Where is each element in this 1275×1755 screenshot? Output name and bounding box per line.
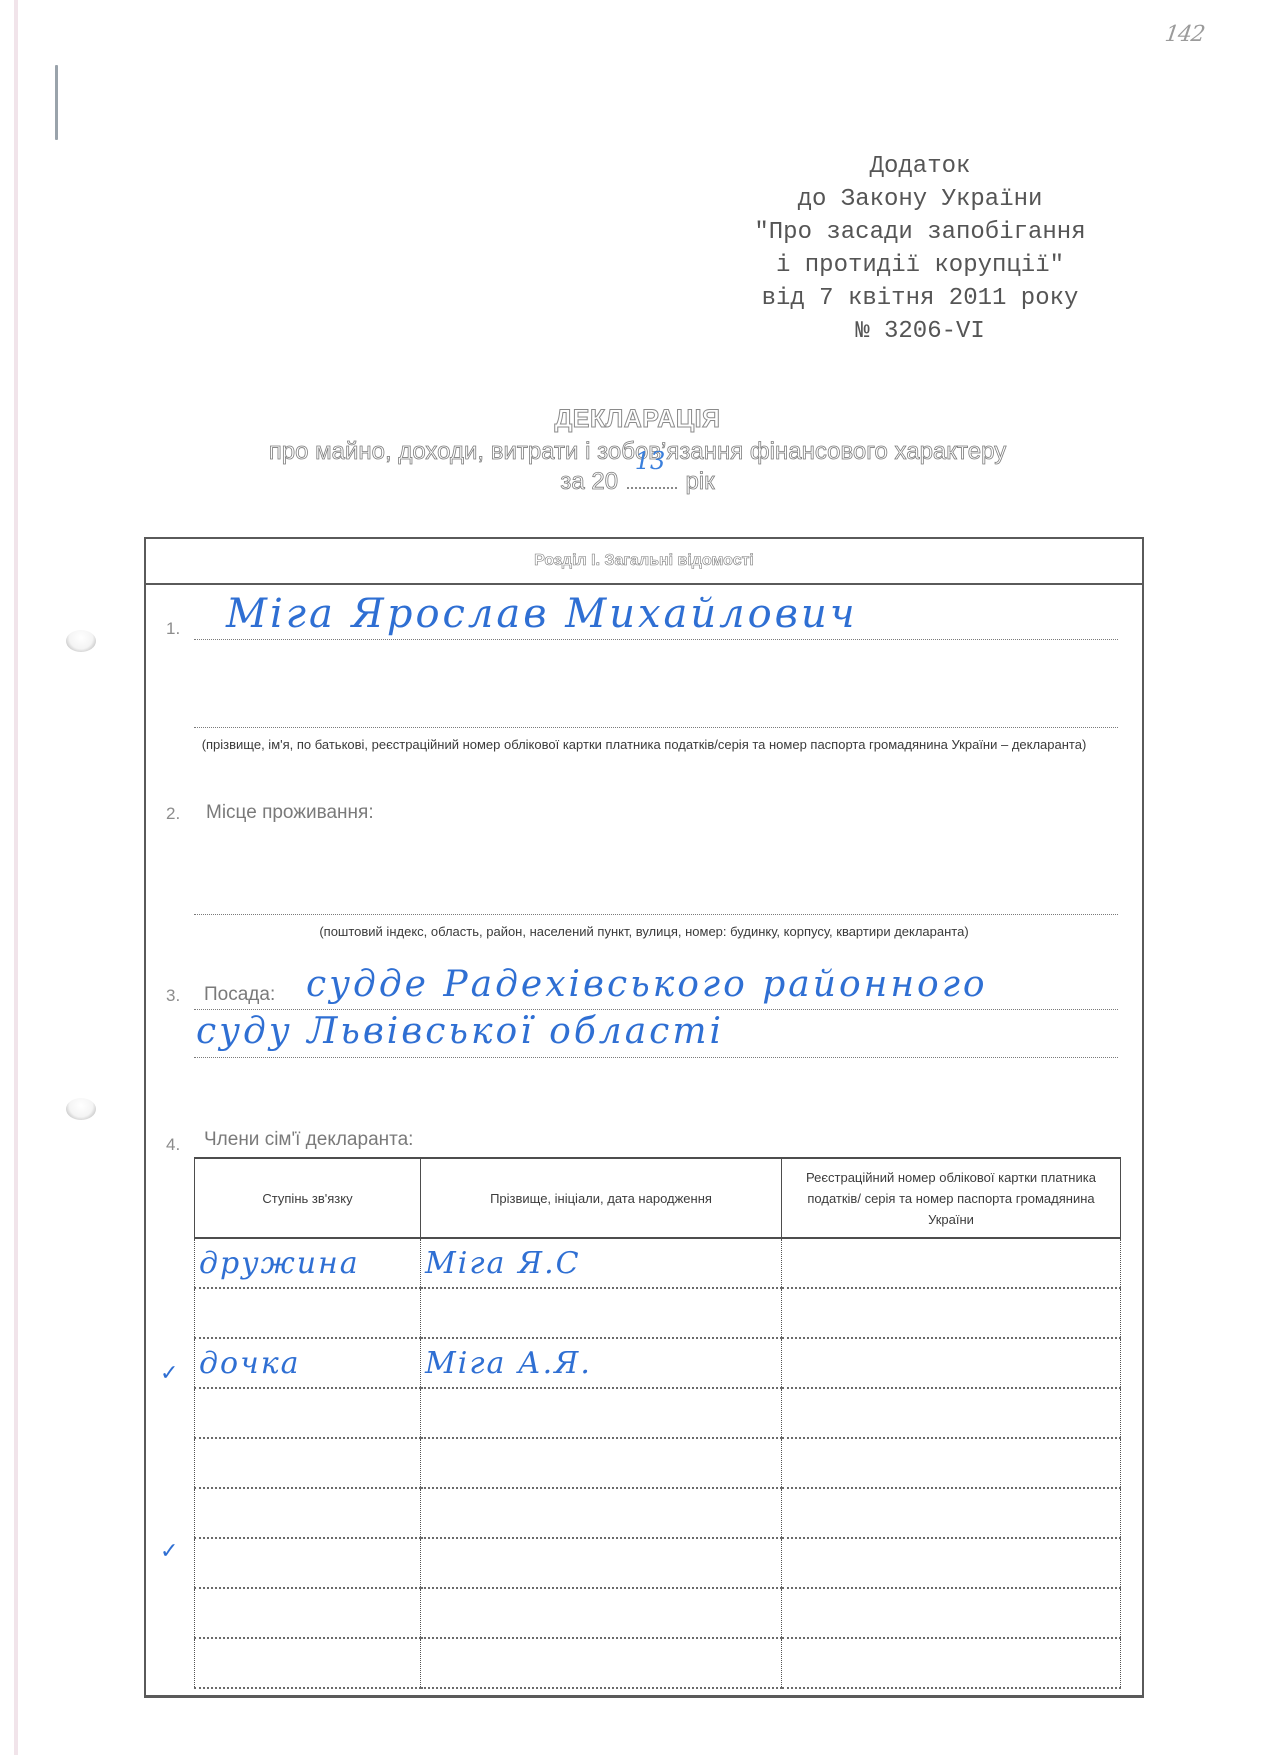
table-row: [195, 1638, 1121, 1688]
declarant-name-hint: (прізвище, ім'я, по батькові, реєстрацій…: [146, 737, 1142, 752]
section-header: Розділ І. Загальні відомості: [146, 539, 1142, 585]
cell-id[interactable]: [782, 1588, 1121, 1638]
cell-name[interactable]: [421, 1388, 782, 1438]
residence-hint: (поштовий індекс, область, район, населе…: [146, 924, 1142, 939]
field-line: [194, 1057, 1118, 1058]
cell-name[interactable]: Міга А.Я.: [421, 1338, 782, 1388]
cell-relation[interactable]: [195, 1388, 421, 1438]
table-header-row: Ступінь зв'язку Прізвище, ініціали, дата…: [195, 1158, 1121, 1238]
field-line: [194, 639, 1118, 640]
residence-label: Місце проживання:: [206, 802, 374, 824]
cell-id[interactable]: [782, 1388, 1121, 1438]
family-members-label: Члени сім'ї декларанта:: [204, 1129, 413, 1151]
year-field[interactable]: 13: [627, 469, 677, 489]
cell-name[interactable]: [421, 1588, 782, 1638]
cell-id[interactable]: [782, 1338, 1121, 1388]
column-header-id: Реєстраційний номер облікової картки пла…: [782, 1158, 1121, 1238]
declaration-year: за 20 13 рік: [0, 468, 1275, 496]
cell-id[interactable]: [782, 1488, 1121, 1538]
cell-id[interactable]: [782, 1638, 1121, 1688]
declarant-name-value[interactable]: Міга Ярослав Михайлович: [226, 591, 858, 637]
table-row: [195, 1288, 1121, 1338]
cell-relation[interactable]: [195, 1538, 421, 1588]
table-row: дружинаМіга Я.С: [195, 1238, 1121, 1288]
appendix-line: № 3206-VI: [690, 315, 1150, 348]
page-edge: [14, 0, 18, 1755]
cell-relation[interactable]: [195, 1488, 421, 1538]
position-value-line1[interactable]: судде Радехівського районного: [306, 964, 988, 1005]
table-row: [195, 1438, 1121, 1488]
field-line: [194, 1009, 1118, 1010]
appendix-line: "Про засади запобігання: [690, 216, 1150, 249]
item-number: 2.: [166, 804, 180, 824]
cell-name[interactable]: Міга Я.С: [421, 1238, 782, 1288]
cell-relation[interactable]: [195, 1588, 421, 1638]
cell-id[interactable]: [782, 1538, 1121, 1588]
table-row: дочкаМіга А.Я.: [195, 1338, 1121, 1388]
appendix-line: від 7 квітня 2011 року: [690, 282, 1150, 315]
checkmark-icon: ✓: [160, 1361, 178, 1386]
column-header-name: Прізвище, ініціали, дата народження: [421, 1158, 782, 1238]
punch-hole: [66, 1098, 96, 1120]
appendix-line: Додаток: [690, 150, 1150, 183]
cell-id[interactable]: [782, 1438, 1121, 1488]
cell-relation[interactable]: дружина: [195, 1238, 421, 1288]
item-number: 4.: [166, 1135, 180, 1155]
cell-id[interactable]: [782, 1238, 1121, 1288]
cell-name[interactable]: [421, 1538, 782, 1588]
margin-mark: [55, 65, 58, 140]
page-number: 142: [1163, 22, 1206, 47]
year-suffix: рік: [685, 468, 714, 495]
cell-id[interactable]: [782, 1288, 1121, 1338]
column-header-relation: Ступінь зв'язку: [195, 1158, 421, 1238]
field-line: [194, 914, 1118, 915]
cell-name[interactable]: [421, 1488, 782, 1538]
cell-relation[interactable]: дочка: [195, 1338, 421, 1388]
field-line: [194, 727, 1118, 728]
family-members-table: Ступінь зв'язку Прізвище, ініціали, дата…: [194, 1157, 1121, 1689]
table-row: [195, 1488, 1121, 1538]
item-number: 1.: [166, 619, 180, 639]
punch-hole: [66, 630, 96, 652]
cell-relation[interactable]: [195, 1438, 421, 1488]
position-value-line2[interactable]: суду Львівської області: [196, 1011, 724, 1052]
year-prefix: за 20: [560, 468, 618, 495]
section-general-info: Розділ І. Загальні відомості 1. Міга Яро…: [144, 537, 1144, 1698]
table-row: [195, 1588, 1121, 1638]
cell-relation[interactable]: [195, 1288, 421, 1338]
cell-name[interactable]: [421, 1288, 782, 1338]
appendix-block: Додаток до Закону України "Про засади за…: [690, 150, 1150, 348]
item-number: 3.: [166, 986, 180, 1006]
year-handwritten: 13: [635, 447, 666, 475]
table-row: [195, 1538, 1121, 1588]
appendix-line: і протидії корупції": [690, 249, 1150, 282]
declaration-title: ДЕКЛАРАЦІЯ: [0, 405, 1275, 434]
cell-relation[interactable]: [195, 1638, 421, 1688]
appendix-line: до Закону України: [690, 183, 1150, 216]
table-row: [195, 1388, 1121, 1438]
cell-name[interactable]: [421, 1638, 782, 1688]
position-label: Посада:: [204, 984, 275, 1006]
checkmark-icon: ✓: [160, 1539, 178, 1564]
cell-name[interactable]: [421, 1438, 782, 1488]
